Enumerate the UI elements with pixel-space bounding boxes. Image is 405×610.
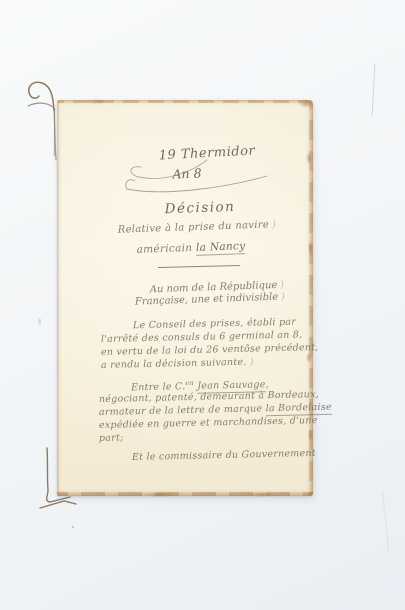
ship-name: la Nancy	[196, 240, 246, 256]
subtitle-prefix: américain	[136, 242, 196, 256]
decision-title: Décision	[120, 197, 280, 219]
privateer-name: la Bordelaise	[266, 402, 332, 416]
ship-title-line: américain la Nancy	[111, 239, 271, 257]
party-suffix: ,	[265, 379, 269, 390]
backdrop-scratch	[372, 64, 376, 116]
subtitle-line: Relative à la prise du navire	[117, 219, 277, 236]
party-abbrev-superscript: en	[185, 379, 194, 387]
closing-line: Et le commissaire du Gouvernement	[132, 448, 316, 463]
manuscript-page: 19 Thermidor An 8 Décision Relative à la…	[57, 100, 313, 496]
body-paragraph-2: Entre le C.en Jean Sauvage, négociant, p…	[99, 381, 319, 446]
divider-rule	[158, 265, 240, 269]
handwritten-ink-layer: 19 Thermidor An 8 Décision Relative à la…	[57, 100, 313, 496]
backdrop-smudge	[38, 318, 41, 325]
backdrop-speck	[72, 526, 74, 528]
photo-backdrop: 19 Thermidor An 8 Décision Relative à la…	[0, 0, 405, 610]
calligraphic-flourish	[119, 158, 271, 196]
backdrop-streak	[382, 490, 389, 552]
binding-string-top	[18, 76, 62, 162]
body-paragraph-1: Le Conseil des prises, établi par l'arrê…	[101, 321, 317, 373]
